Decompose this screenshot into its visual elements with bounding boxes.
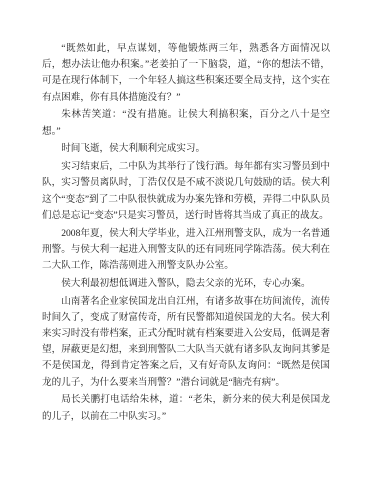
paragraph-2: 朱林苦笑道：“没有措施。让侯大利搞积案，百分之八十是空想。”: [42, 107, 330, 139]
paragraph-7: 山南著名企业家侯国龙出自江州，有诸多故事在坊间流传，流传时间久了，变成了财富传奇…: [42, 294, 330, 391]
paragraph-6: 侯大利最初想低调进入警队，隐去父亲的光环，专心办案。: [42, 276, 330, 292]
paragraph-3: 时间飞逝，侯大利顺利完成实习。: [42, 141, 330, 157]
paragraph-1: “既然如此，早点谋划，等他锻炼两三年，熟悉各方面情况以后，想办法让他办积案。”老…: [42, 41, 330, 106]
paragraph-5: 2008年夏，侯大利大学毕业，进入江州刑警支队，成为一名普通刑警。与侯大利一起进…: [42, 226, 330, 275]
book-page: “既然如此，早点谋划，等他锻炼两三年，熟悉各方面情况以后，想办法让他办积案。”老…: [0, 0, 370, 480]
paragraph-8: 局长关鹏打电话给朱林，道：“老朱，新分来的侯大利是侯国龙的儿子，以前在二中队实习…: [42, 392, 330, 424]
paragraph-4: 实习结束后，二中队为其举行了饯行酒。每年都有实习警员到中队，实习警员离队时，丁浩…: [42, 159, 330, 224]
